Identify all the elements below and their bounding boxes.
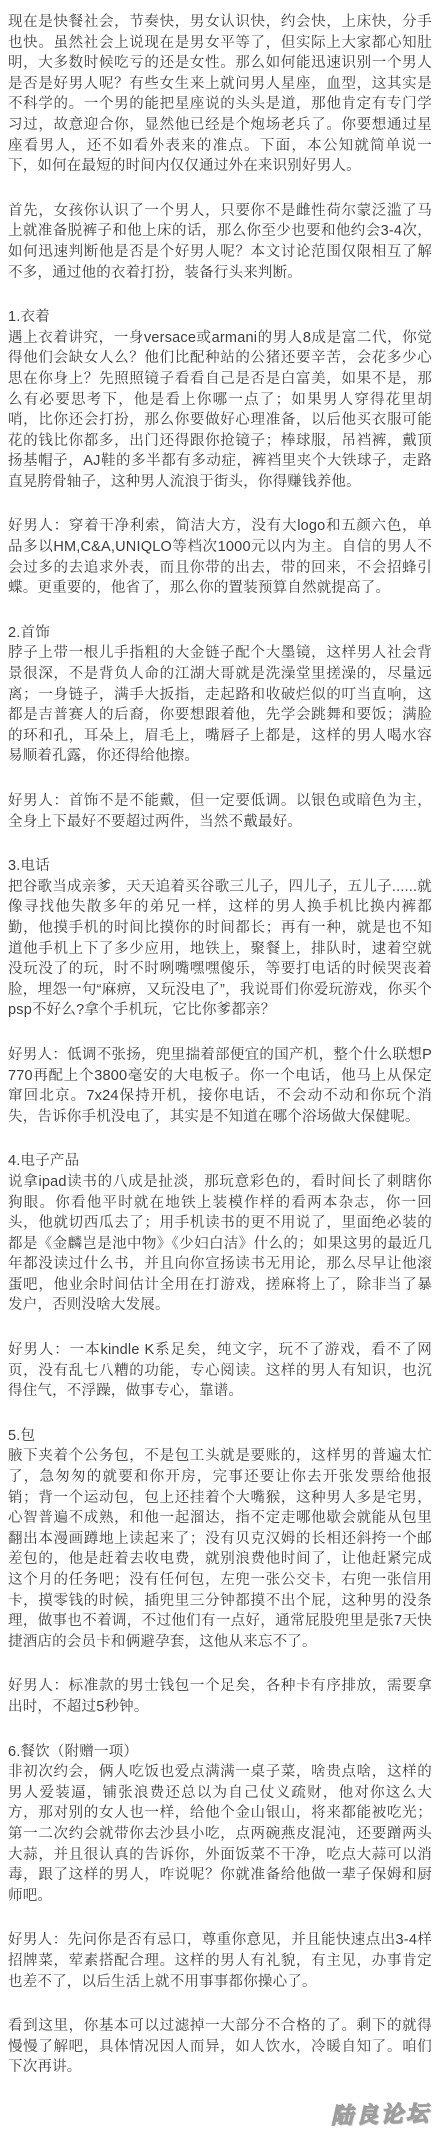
section-clothing: 1.衣着 遇上衣着讲究，一身versace或armani的男人8成是富二代，你觉… [8, 307, 432, 599]
section-electronics-title: 4.电子产品 [8, 1151, 432, 1172]
section-jewelry-body: 脖子上带一根儿手指粗的大金链子配个大墨镜，这样男人社会背景很深，不是背负人命的江… [8, 643, 432, 767]
section-dining-goodman: 好男人：先问你是否有忌口，尊重你意见，并且能快速点出3-4样招牌菜，荤素搭配合理… [8, 1930, 432, 1992]
section-dining-body: 非初次约会，俩人吃饭也爱点满满一桌子菜，啥贵点啥，这样的男人爱装逼，铺张浪费还总… [8, 1762, 432, 1906]
section-jewelry-goodman: 好男人：首饰不是不能戴，但一定要低调。以银色或暗色为主，全身上下最好不要超过两件… [8, 791, 432, 832]
section-bag: 5.包 腋下夹着个公务包，不是包工头就是要账的，这样男的普遍太忙了，急匆匆的就要… [8, 1426, 432, 1718]
section-clothing-goodman: 好男人：穿着干净利索，简洁大方，没有大logo和五颜六色，单品多以HM,C&A,… [8, 516, 432, 598]
section-dining-title: 6.餐饮（附赠一项） [8, 1742, 432, 1763]
intro-paragraph-1: 现在是快餐社会，节奏快，男女认识快，约会快，上床快，分手也快。虽然社会上说现在是… [8, 12, 432, 177]
section-bag-goodman: 好男人：标准款的男士钱包一个足矣，各种卡有序排放，需要拿出时，不超过5秒钟。 [8, 1676, 432, 1717]
closing-paragraph: 看到这里，你基本可以过滤掉一大部分不合格的了。剩下的就得慢慢了解吧，具体情况因人… [8, 2016, 432, 2078]
section-dining: 6.餐饮（附赠一项） 非初次约会，俩人吃饭也爱点满满一桌子菜，啥贵点啥，这样的男… [8, 1742, 432, 1993]
section-jewelry: 2.首饰 脖子上带一根儿手指粗的大金链子配个大墨镜，这样男人社会背景很深，不是背… [8, 623, 432, 832]
section-phone-body: 把谷歌当成亲爹，天天追着买谷歌三儿子，四儿子，五儿子......就像寻找他失散多… [8, 877, 432, 1021]
watermark-luliang-forum: 陆良论坛 [331, 2104, 432, 2127]
section-electronics-goodman: 好男人：一本kindle K系足矣，纯文字，玩不了游戏，看不了网页，没有乱七八糟… [8, 1340, 432, 1402]
article-page: 现在是快餐社会，节奏快，男女认识快，约会快，上床快，分手也快。虽然社会上说现在是… [0, 0, 440, 2130]
section-clothing-title: 1.衣着 [8, 307, 432, 328]
section-jewelry-title: 2.首饰 [8, 623, 432, 644]
section-bag-body: 腋下夹着个公务包，不是包工头就是要账的，这样男的普遍太忙了，急匆匆的就要和你开房… [8, 1446, 432, 1652]
section-bag-title: 5.包 [8, 1426, 432, 1447]
section-electronics: 4.电子产品 说拿ipad读书的八成是扯淡，那玩意彩色的，看时间长了刺瞎你狗眼。… [8, 1151, 432, 1402]
section-phone-title: 3.电话 [8, 856, 432, 877]
section-phone: 3.电话 把谷歌当成亲爹，天天追着买谷歌三儿子，四儿子，五儿子......就像寻… [8, 856, 432, 1127]
section-phone-goodman: 好男人：低调不张扬，兜里揣着部便宜的国产机，整个什么联想P770再配上个3800… [8, 1045, 432, 1127]
intro-paragraph-2: 首先，女孩你认识了一个男人，只要你不是雌性荷尔蒙泛滥了马上就准备脱裤子和他上床的… [8, 201, 432, 283]
section-clothing-body: 遇上衣着讲究，一身versace或armani的男人8成是富二代，你觉得他们会缺… [8, 328, 432, 493]
section-electronics-body: 说拿ipad读书的八成是扯淡，那玩意彩色的，看时间长了刺瞎你狗眼。你看他平时就在… [8, 1172, 432, 1316]
